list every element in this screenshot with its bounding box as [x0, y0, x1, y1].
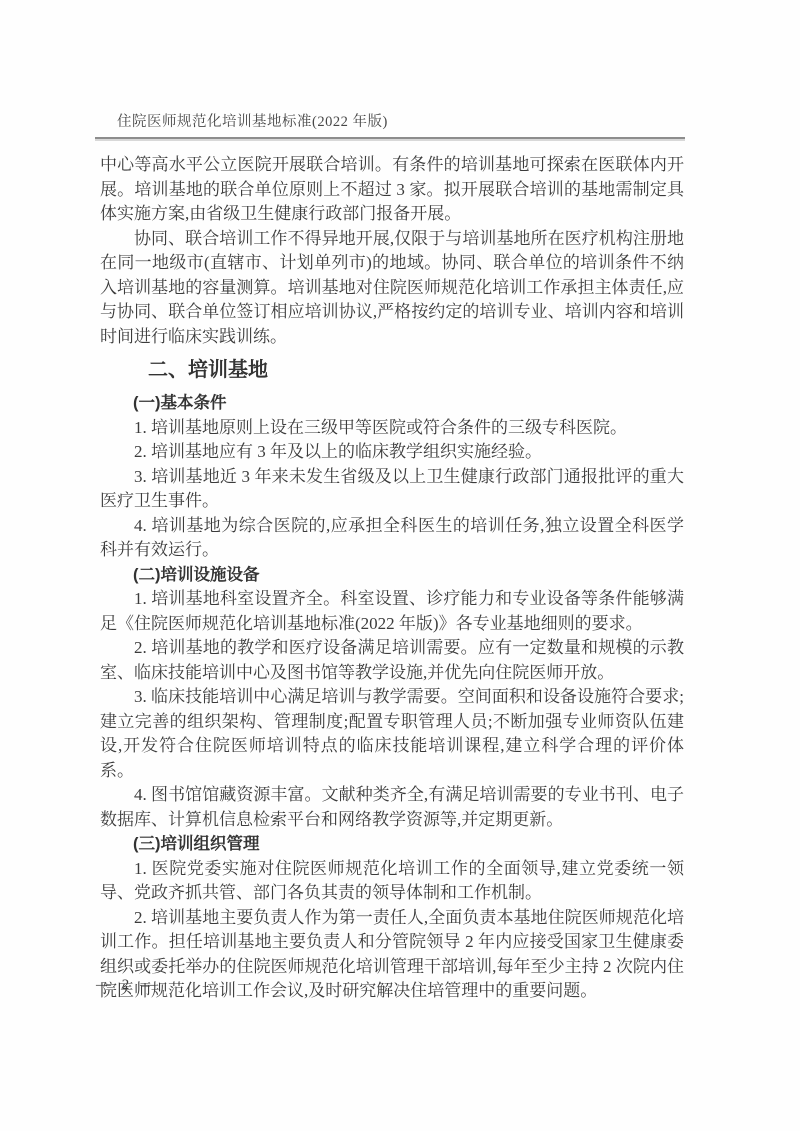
body-paragraph: 中心等高水平公立医院开展联合培训。有条件的培训基地可探索在医联体内开展。培训基地… — [100, 153, 684, 227]
document-page: 住院医师规范化培训基地标准(2022 年版) 中心等高水平公立医院开展联合培训。… — [0, 0, 800, 1131]
list-item: 3. 临床技能培训中心满足培训与教学需要。空间面积和设备设施符合要求;建立完善的… — [100, 685, 684, 783]
list-item: 4. 培训基地为综合医院的,应承担全科医生的培训任务,独立设置全科医学科并有效运… — [100, 514, 684, 563]
running-head: 住院医师规范化培训基地标准(2022 年版) — [117, 110, 388, 131]
subsection-title-organization-management: (三)培训组织管理 — [100, 832, 684, 857]
list-item: 2. 培训基地的教学和医疗设备满足培训需要。应有一定数量和规模的示教室、临床技能… — [100, 636, 684, 685]
subsection-title-facilities-equipment: (二)培训设施设备 — [100, 563, 684, 588]
page-number: — 2 — — [96, 977, 155, 994]
list-item: 4. 图书馆馆藏资源丰富。文献种类齐全,有满足培训需要的专业书刊、电子数据库、计… — [100, 783, 684, 832]
header-rule — [95, 137, 685, 139]
section-heading: 二、培训基地 — [100, 358, 684, 383]
list-item: 1. 医院党委实施对住院医师规范化培训工作的全面领导,建立党委统一领导、党政齐抓… — [100, 857, 684, 906]
subsection-title-basic-conditions: (一)基本条件 — [100, 391, 684, 416]
document-body: 中心等高水平公立医院开展联合培训。有条件的培训基地可探索在医联体内开展。培训基地… — [100, 153, 684, 1004]
body-paragraph: 协同、联合培训工作不得异地开展,仅限于与培训基地所在医疗机构注册地在同一地级市(… — [100, 227, 684, 350]
running-head-title: 住院医师规范化培训基地标准(2022 年版) — [117, 114, 388, 130]
list-item: 2. 培训基地应有 3 年及以上的临床教学组织实施经验。 — [100, 440, 684, 465]
list-item: 3. 培训基地近 3 年来未发生省级及以上卫生健康行政部门通报批评的重大医疗卫生… — [100, 465, 684, 514]
list-item: 1. 培训基地原则上设在三级甲等医院或符合条件的三级专科医院。 — [100, 416, 684, 441]
list-item: 2. 培训基地主要负责人作为第一责任人,全面负责本基地住院医师规范化培训工作。担… — [100, 906, 684, 1004]
list-item: 1. 培训基地科室设置齐全。科室设置、诊疗能力和专业设备等条件能够满足《住院医师… — [100, 587, 684, 636]
